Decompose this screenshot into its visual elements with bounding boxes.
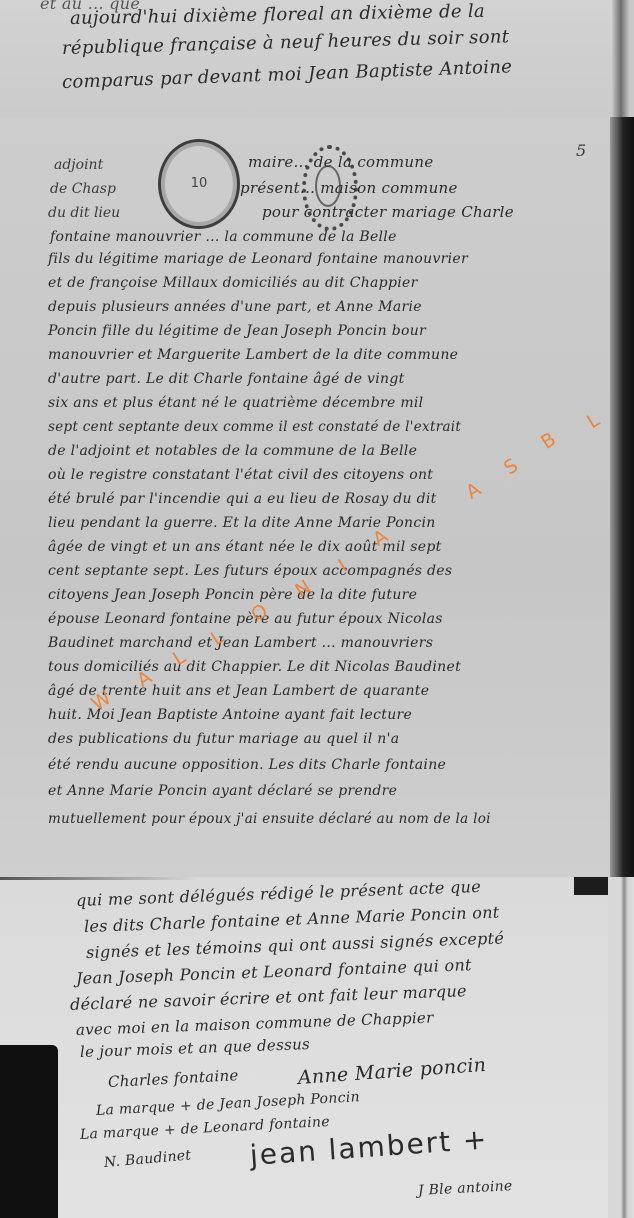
- document-fragment-top: et au ... que aujourd'hui dixième florea…: [0, 0, 634, 117]
- handwritten-line: mutuellement pour époux j'ai ensuite déc…: [48, 811, 491, 827]
- handwritten-line: sept cent septante deux comme il est con…: [48, 419, 461, 435]
- page-number: 5: [576, 141, 586, 160]
- handwritten-line: fils du légitime mariage de Leonard font…: [48, 251, 468, 267]
- handwritten-line: depuis plusieurs années d'une part, et A…: [48, 299, 422, 315]
- handwritten-line: des publications du futur mariage au que…: [48, 731, 399, 747]
- handwritten-line: Poncin fille du légitime de Jean Joseph …: [48, 323, 426, 339]
- handwritten-line: et de françoise Millaux domiciliés au di…: [48, 275, 418, 291]
- handwritten-line: citoyens Jean Joseph Poncin père de la d…: [48, 587, 417, 603]
- scan-occlusion: [0, 1045, 58, 1218]
- margin-note: adjoint: [54, 157, 103, 173]
- handwritten-line: et Anne Marie Poncin ayant déclaré se pr…: [48, 783, 397, 799]
- margin-note: de Chasp: [50, 181, 116, 197]
- handwritten-line: tous domiciliés au dit Chappier. Le dit …: [48, 659, 461, 675]
- document-fragment-middle: 5 adjoint de Chasp du dit lieu 10 maire.…: [0, 117, 634, 877]
- round-stamp-seal: 10: [158, 139, 240, 229]
- handwritten-line: été brulé par l'incendie qui a eu lieu d…: [48, 491, 437, 507]
- page-edge: [612, 0, 634, 117]
- document-fragment-bottom: qui me sont délégués rédigé le présent a…: [0, 877, 634, 1218]
- handwritten-line: six ans et plus étant né le quatrième dé…: [48, 395, 423, 411]
- handwritten-line: épouse Leonard fontaine père au futur ép…: [48, 611, 443, 627]
- handwritten-line: pour contracter mariage Charle: [262, 203, 514, 221]
- fold-line: [0, 877, 200, 880]
- handwritten-line: Baudinet marchand et Jean Lambert ... ma…: [48, 635, 433, 651]
- page-edge: [610, 117, 634, 877]
- handwritten-line: fontaine manouvrier ... la commune de la…: [50, 229, 397, 245]
- handwritten-line: maire... de la commune: [248, 153, 434, 171]
- seal-number: 10: [161, 176, 237, 191]
- handwritten-line: où le registre constatant l'état civil d…: [48, 467, 433, 483]
- handwritten-line: cent septante sept. Les futurs époux acc…: [48, 563, 452, 579]
- margin-note: du dit lieu: [48, 205, 120, 221]
- handwritten-line: manouvrier et Marguerite Lambert de la d…: [48, 347, 458, 363]
- handwritten-line: été rendu aucune opposition. Les dits Ch…: [48, 757, 446, 773]
- page-edge: [608, 877, 634, 1218]
- handwritten-line: de l'adjoint et notables de la commune d…: [48, 443, 417, 459]
- handwritten-line: d'autre part. Le dit Charle fontaine âgé…: [48, 371, 405, 387]
- handwritten-line: présent... maison commune: [240, 179, 458, 197]
